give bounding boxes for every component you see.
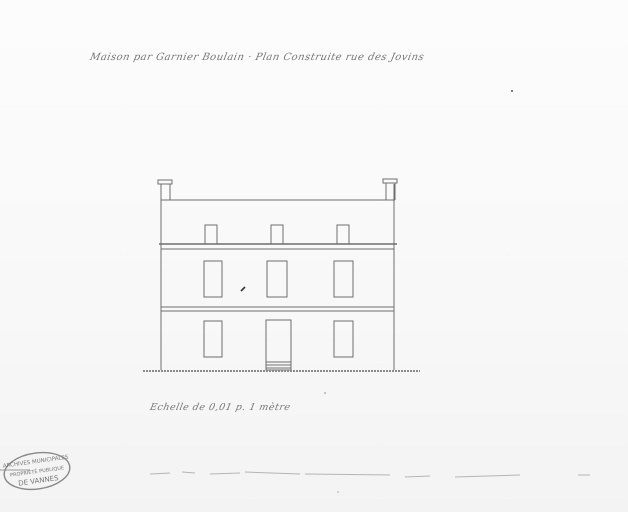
chimney-left xyxy=(158,180,172,200)
attic-window xyxy=(205,225,217,244)
faint-baseline xyxy=(150,472,590,477)
attic-window xyxy=(271,225,283,244)
ground-window xyxy=(334,321,353,357)
upper-window xyxy=(267,261,287,297)
building-elevation xyxy=(0,0,628,512)
ink-mark xyxy=(241,287,245,291)
ground-window xyxy=(204,321,222,357)
upper-window xyxy=(204,261,222,297)
attic-window xyxy=(337,225,349,244)
upper-window xyxy=(334,261,353,297)
scale-note: Echelle de 0,01 p. 1 mètre xyxy=(149,402,292,413)
chimney-right xyxy=(383,179,397,200)
